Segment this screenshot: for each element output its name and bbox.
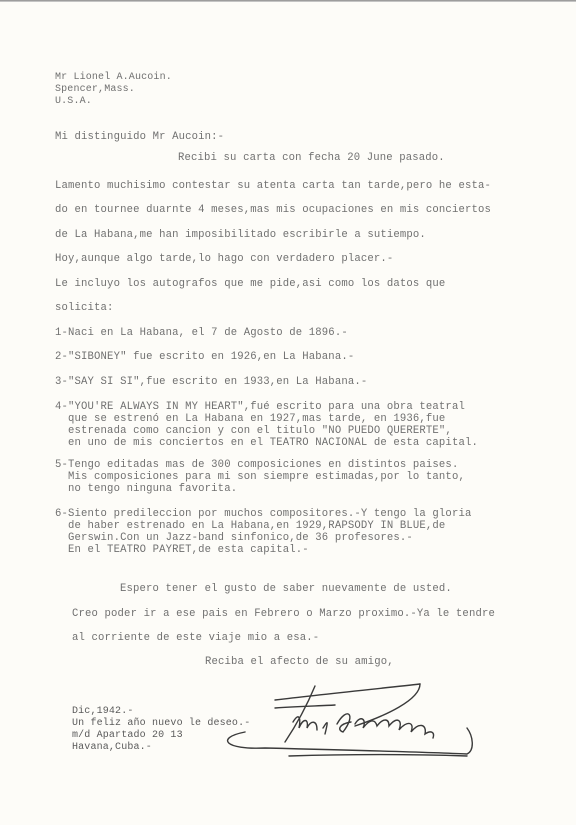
footer-greeting: Un feliz año nuevo le deseo.- bbox=[72, 718, 250, 729]
body-line: solicita: bbox=[55, 302, 114, 314]
body-line: Recibi su carta con fecha 20 June pasado… bbox=[178, 152, 445, 164]
item-1: 1-Naci en La Habana, el 7 de Agosto de 1… bbox=[55, 327, 348, 339]
closing-line: Creo poder ir a ese pais en Febrero o Ma… bbox=[72, 608, 495, 620]
closing-line: Espero tener el gusto de saber nuevament… bbox=[120, 583, 452, 595]
item-2: 2-"SIBONEY" fue escrito en 1926,en La Ha… bbox=[55, 351, 354, 363]
item-5-line: Mis composiciones para mi son siempre es… bbox=[55, 471, 465, 483]
item-4-line: en uno de mis conciertos en el TEATRO NA… bbox=[55, 437, 478, 449]
recipient-city: Spencer,Mass. bbox=[55, 84, 135, 95]
footer-date: Dic,1942.- bbox=[72, 706, 134, 717]
item-4-line: estrenada como cancion y con el titulo "… bbox=[55, 425, 452, 437]
recipient-name: Mr Lionel A.Aucoin. bbox=[55, 72, 172, 83]
item-3: 3-"SAY SI SI",fue escrito en 1933,en La … bbox=[55, 376, 367, 388]
closing-line: al corriente de este viaje mio a esa.- bbox=[72, 632, 319, 644]
body-line: de La Habana,me han imposibilitado escri… bbox=[55, 229, 426, 241]
body-line: do en tournee duarnte 4 meses,mas mis oc… bbox=[55, 204, 491, 216]
footer-city: Havana,Cuba.- bbox=[72, 742, 152, 753]
letter-page: Mr Lionel A.Aucoin. Spencer,Mass. U.S.A.… bbox=[0, 0, 576, 825]
item-6-line: En el TEATRO PAYRET,de esta capital.- bbox=[55, 544, 309, 556]
item-6-line: Gerswin.Con un Jazz-band sinfonico,de 36… bbox=[55, 532, 413, 544]
item-5-line: no tengo ninguna favorita. bbox=[55, 483, 237, 495]
item-5-line: 5-Tengo editadas mas de 300 composicione… bbox=[55, 459, 458, 471]
closing-line: Reciba el afecto de su amigo, bbox=[205, 656, 394, 668]
footer-address: m/d Apartado 20 13 bbox=[72, 730, 183, 741]
item-6-line: de haber estrenado en La Habana,en 1929,… bbox=[55, 520, 445, 532]
salutation: Mi distinguido Mr Aucoin:- bbox=[55, 131, 224, 143]
item-4-line: que se estrenó en La Habana en 1927,mas … bbox=[55, 413, 445, 425]
item-4-line: 4-"YOU'RE ALWAYS IN MY HEART",fué escrit… bbox=[55, 401, 465, 413]
item-6-line: 6-Siento predileccion por muchos composi… bbox=[55, 508, 471, 520]
body-line: Hoy,aunque algo tarde,lo hago con verdad… bbox=[55, 253, 393, 265]
body-line: Le incluyo los autografos que me pide,as… bbox=[55, 278, 445, 290]
body-line: Lamento muchisimo contestar su atenta ca… bbox=[55, 180, 491, 192]
recipient-country: U.S.A. bbox=[55, 96, 92, 107]
